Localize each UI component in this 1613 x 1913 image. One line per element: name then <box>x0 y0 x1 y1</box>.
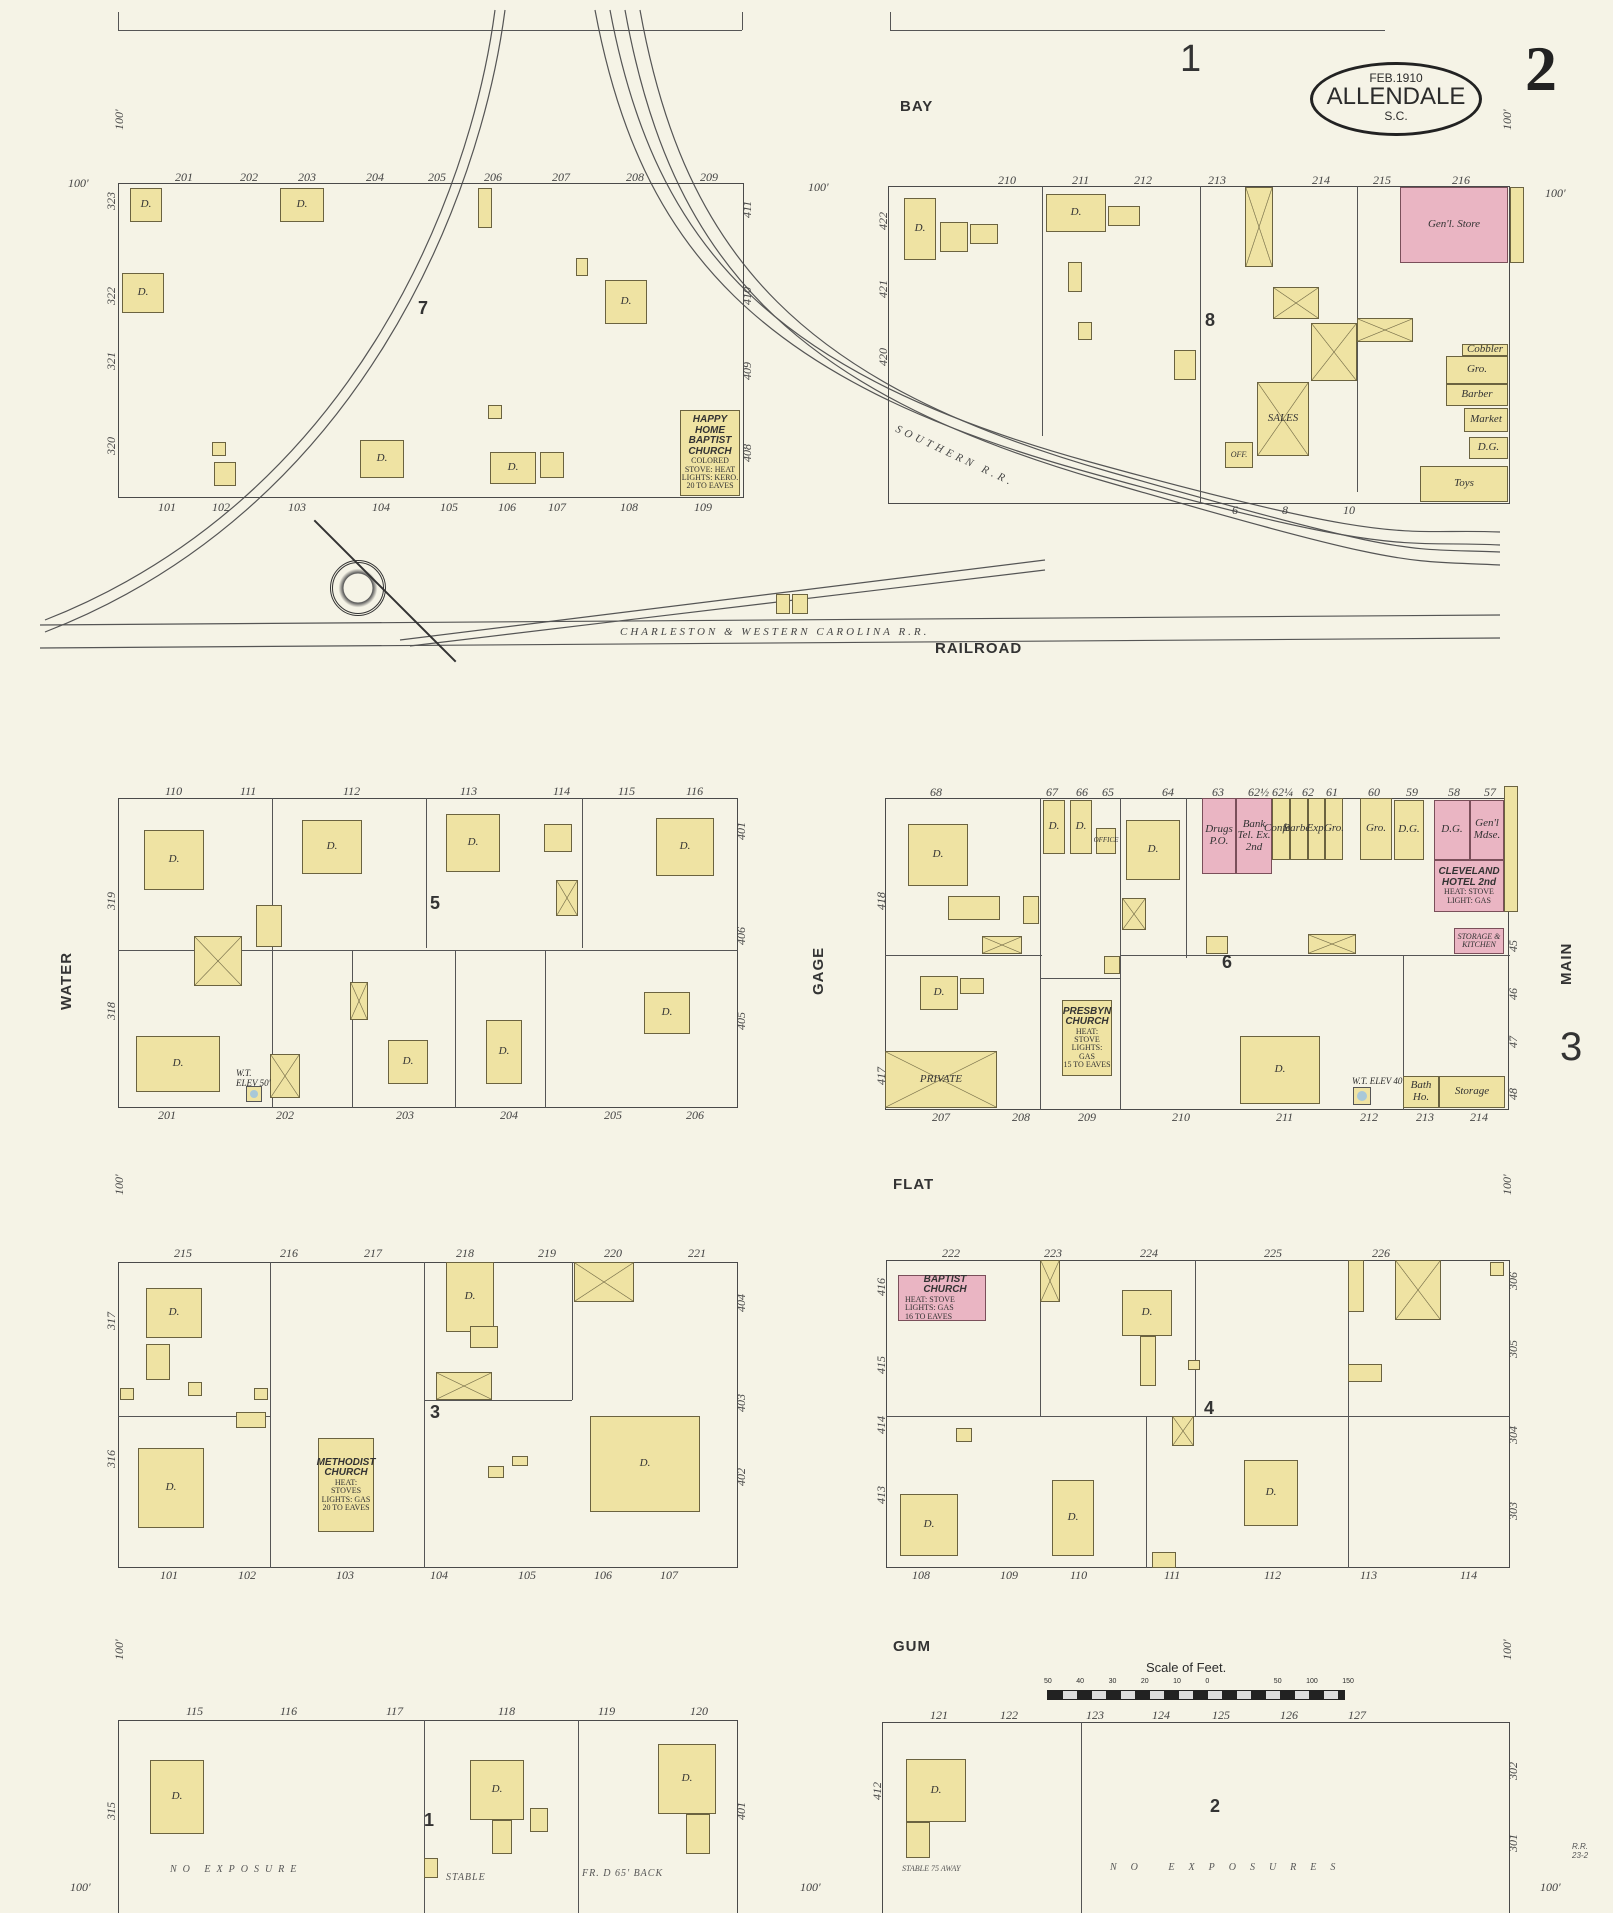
lot-number: 404 <box>734 1294 749 1312</box>
lot-number: 119 <box>598 1704 615 1719</box>
dwelling: D. <box>590 1416 700 1512</box>
grocery-store-60: Gro. <box>1360 798 1392 860</box>
dwelling: D. <box>446 814 500 872</box>
unused-structure <box>574 1262 634 1302</box>
block-number: 1 <box>424 1810 434 1831</box>
dwelling: D. <box>1122 1290 1172 1336</box>
lot-number: 321 <box>104 352 119 370</box>
storage-building: Storage <box>1439 1076 1505 1108</box>
lot-line <box>1195 1260 1196 1416</box>
lot-number: 216 <box>1452 173 1470 188</box>
lot-number: 204 <box>500 1108 518 1123</box>
dwelling: D. <box>122 273 164 313</box>
lot-line <box>1120 798 1121 1110</box>
outbuilding <box>236 1412 266 1428</box>
lot-line <box>578 1720 579 1913</box>
lot-number: 202 <box>240 170 258 185</box>
outbuilding <box>970 224 998 244</box>
lot-line <box>572 1262 573 1400</box>
lot-number: 225 <box>1264 1246 1282 1261</box>
block-number: 6 <box>1222 952 1232 973</box>
dwelling: D. <box>138 1448 204 1528</box>
lot-number: 208 <box>626 170 644 185</box>
lot-line <box>1040 798 1041 1110</box>
lot-number: 207 <box>932 1110 950 1125</box>
lot-number: 109 <box>1000 1568 1018 1583</box>
lot-number: 108 <box>620 500 638 515</box>
lot-number: 226 <box>1372 1246 1390 1261</box>
lot-number: 418 <box>874 892 889 910</box>
express-office: Exp. <box>1308 798 1325 860</box>
lot-number: 106 <box>498 500 516 515</box>
outbuilding <box>1174 350 1196 380</box>
unused-structure <box>436 1372 492 1400</box>
dwelling: D. <box>486 1020 522 1084</box>
lot-number: 412 <box>870 1782 885 1800</box>
barber-shop: Barber <box>1290 798 1308 860</box>
outbuilding <box>488 1466 504 1478</box>
lot-number: 217 <box>364 1246 382 1261</box>
presbyterian-church: PRESBYN CHURCH HEAT: STOVE LIGHTS: GAS 1… <box>1062 1000 1112 1076</box>
lot-number: 125 <box>1212 1708 1230 1723</box>
bank-telephone-exchange: Bank Tel. Ex. 2nd <box>1236 798 1272 874</box>
outbuilding <box>492 1820 512 1854</box>
lot-number: 221 <box>688 1246 706 1261</box>
cobbler-shop: Cobbler <box>1462 344 1508 356</box>
lot-number: 103 <box>288 500 306 515</box>
lot-number: 202 <box>276 1108 294 1123</box>
surveyor-initials: R.R. 23-2 <box>1572 1842 1596 1860</box>
dry-goods-59: D.G. <box>1394 800 1424 860</box>
lot-number: 209 <box>700 170 718 185</box>
lot-number: 201 <box>158 1108 176 1123</box>
lot-number: 319 <box>104 892 119 910</box>
dwelling: D. <box>908 824 968 886</box>
lot-number: 48 <box>1506 1088 1521 1100</box>
lot-number: 401 <box>734 1802 749 1820</box>
lot-number: 117 <box>386 1704 403 1719</box>
lot-line <box>1081 1722 1082 1913</box>
lot-number: 305 <box>1506 1340 1521 1358</box>
lot-number: 116 <box>280 1704 297 1719</box>
outbuilding <box>686 1814 710 1854</box>
lot-number: 206 <box>484 170 502 185</box>
outbuilding <box>1023 896 1039 924</box>
lot-number: 101 <box>158 500 176 515</box>
lot-number: 410 <box>740 287 755 305</box>
scale-bar <box>1047 1690 1345 1700</box>
lot-number: 203 <box>396 1108 414 1123</box>
lot-number: 218 <box>456 1246 474 1261</box>
unused-structure <box>1040 1260 1060 1302</box>
dwelling: D. <box>904 198 936 260</box>
lot-number: 207 <box>552 170 570 185</box>
lot-number: 113 <box>460 784 477 799</box>
unused-structure <box>1172 1416 1194 1446</box>
lot-number: 413 <box>874 1486 889 1504</box>
stable <box>424 1858 438 1878</box>
outbuilding <box>1078 322 1092 340</box>
lot-number: 68 <box>930 785 942 800</box>
unused-structure <box>1395 1260 1441 1320</box>
outbuilding <box>1188 1360 1200 1370</box>
lot-number: 110 <box>165 784 182 799</box>
lot-number: 323 <box>104 192 119 210</box>
unused-structure <box>1273 287 1319 319</box>
outbuilding <box>470 1326 498 1348</box>
block-3 <box>118 1262 738 1568</box>
lot-number: 320 <box>104 437 119 455</box>
dwelling: D. <box>280 188 324 222</box>
lot-number: 106 <box>594 1568 612 1583</box>
outbuilding <box>960 978 984 994</box>
lot-number: 303 <box>1506 1502 1521 1520</box>
lot-number: 113 <box>1360 1568 1377 1583</box>
lot-number: 212 <box>1134 173 1152 188</box>
lot-number: 115 <box>618 784 635 799</box>
dwelling: D. <box>360 440 404 478</box>
lot-number: 315 <box>104 1802 119 1820</box>
lot-number: 109 <box>694 500 712 515</box>
store-37-38 <box>1510 187 1524 263</box>
lot-number: 214 <box>1470 1110 1488 1125</box>
lot-number: 58 <box>1448 785 1460 800</box>
unused-structure <box>1245 187 1273 267</box>
unused-structure <box>1357 318 1413 342</box>
outbuilding <box>212 442 226 456</box>
dwelling: D. <box>1052 1480 1094 1556</box>
lot-number: 126 <box>1280 1708 1298 1723</box>
outbuilding <box>254 1388 268 1400</box>
lot-number: 107 <box>660 1568 678 1583</box>
lot-number: 112 <box>1264 1568 1281 1583</box>
unused-structure <box>1308 934 1356 954</box>
barber-shop: Barber <box>1446 384 1508 406</box>
methodist-church: METHODIST CHURCH HEAT: STOVES LIGHTS: GA… <box>318 1438 374 1532</box>
dwelling: D. <box>1046 194 1106 232</box>
lot-number: 219 <box>538 1246 556 1261</box>
lot-number: 215 <box>174 1246 192 1261</box>
lot-number: 421 <box>876 280 891 298</box>
block-number: 8 <box>1205 310 1215 331</box>
lot-number: 402 <box>734 1468 749 1486</box>
lot-line <box>1186 798 1187 958</box>
lot-number: 124 <box>1152 1708 1170 1723</box>
sales-building: SALES <box>1257 382 1309 456</box>
lot-number: 405 <box>734 1012 749 1030</box>
lot-line <box>424 1262 425 1568</box>
dwelling: D. <box>1126 820 1180 880</box>
lot-number: 108 <box>912 1568 930 1583</box>
lot-line <box>885 955 1042 956</box>
lot-number: 127 <box>1348 1708 1366 1723</box>
lot-number: 102 <box>212 500 230 515</box>
lot-number: 322 <box>104 287 119 305</box>
lot-line <box>455 950 456 1108</box>
storage-kitchen: STORAGE & KITCHEN <box>1454 928 1504 954</box>
dwelling: D. <box>130 188 162 222</box>
lot-number: 47 <box>1506 1036 1521 1048</box>
lot-number: 222 <box>942 1246 960 1261</box>
lot-number: 208 <box>1012 1110 1030 1125</box>
dwelling: D. <box>900 1494 958 1556</box>
lot-number: 408 <box>740 444 755 462</box>
frame-dwelling-back-note: FR. D 65' BACK <box>582 1868 663 1879</box>
lot-number: 65 <box>1102 785 1114 800</box>
unused-structure <box>556 880 578 916</box>
dwelling: D. <box>605 280 647 324</box>
lot-number: 122 <box>1000 1708 1018 1723</box>
railroad-label-charleston: CHARLESTON & WESTERN CAROLINA R.R. <box>620 626 929 638</box>
outbuilding <box>940 222 968 252</box>
dwelling: D. <box>446 1262 494 1332</box>
lot-number: 420 <box>876 348 891 366</box>
lot-line <box>352 950 353 1108</box>
dwelling: D. <box>136 1036 220 1092</box>
dwelling: D. <box>388 1040 428 1084</box>
lot-number: 212 <box>1360 1110 1378 1125</box>
general-store: Gen'l. Store <box>1400 187 1508 263</box>
lot-number: 316 <box>104 1450 119 1468</box>
water-tower-icon <box>1353 1087 1371 1105</box>
lot-number: 114 <box>553 784 570 799</box>
dry-goods-58: D.G. <box>1434 800 1470 860</box>
lot-number: 302 <box>1506 1762 1521 1780</box>
outbuilding <box>488 405 502 419</box>
outbuilding <box>1490 1262 1504 1276</box>
lot-number: 67 <box>1046 785 1058 800</box>
hotel-annex <box>1504 786 1518 912</box>
lot-number: 105 <box>440 500 458 515</box>
lot-number: 121 <box>930 1708 948 1723</box>
lot-number: 102 <box>238 1568 256 1583</box>
lot-number: 318 <box>104 1002 119 1020</box>
grocery-store: Gro. <box>1325 798 1343 860</box>
outbuilding <box>188 1382 202 1396</box>
no-exposure-note: NO EXPOSURE <box>170 1864 302 1875</box>
lot-number: 214 <box>1312 173 1330 188</box>
lot-line <box>1200 186 1201 504</box>
outbuilding <box>576 258 588 276</box>
lot-number: 205 <box>604 1108 622 1123</box>
lot-number: 403 <box>734 1394 749 1412</box>
dwelling: D. <box>920 976 958 1010</box>
lot-number: 409 <box>740 362 755 380</box>
outbuilding <box>1140 1336 1156 1386</box>
lot-number: 401 <box>734 822 749 840</box>
stable-note: STABLE <box>446 1872 486 1883</box>
lot-number: 64 <box>1162 785 1174 800</box>
baptist-church: BAPTIST CHURCH HEAT: STOVE LIGHTS: GAS 1… <box>898 1275 986 1321</box>
lot-number: 304 <box>1506 1426 1521 1444</box>
dwelling: D. <box>470 1760 524 1820</box>
dry-goods: D.G. <box>1469 437 1508 459</box>
lot-number: 213 <box>1416 1110 1434 1125</box>
lot-number: 111 <box>240 784 256 799</box>
unused-structure <box>1311 323 1357 381</box>
lot-number: 105 <box>518 1568 536 1583</box>
toy-store: Toys <box>1420 466 1508 502</box>
dwelling: D. <box>658 1744 716 1814</box>
lot-number: 209 <box>1078 1110 1096 1125</box>
lot-number: 205 <box>428 170 446 185</box>
lot-number: 422 <box>876 212 891 230</box>
dwelling: D. <box>490 452 536 484</box>
lot-number: 112 <box>343 784 360 799</box>
outbuilding <box>1108 206 1140 226</box>
outbuilding <box>1348 1260 1364 1312</box>
lot-number: 46 <box>1506 988 1521 1000</box>
dwelling: D. <box>1244 1460 1298 1526</box>
outbuilding <box>540 452 564 478</box>
unused-structure <box>982 936 1022 954</box>
lot-number: 416 <box>874 1278 889 1296</box>
dwelling: D. <box>150 1760 204 1834</box>
outbuilding <box>256 905 282 947</box>
lot-number: 66 <box>1076 785 1088 800</box>
lot-number: 220 <box>604 1246 622 1261</box>
lot-number: 223 <box>1044 1246 1062 1261</box>
dwelling: D. <box>644 992 690 1034</box>
lot-number: 206 <box>686 1108 704 1123</box>
bath-house: Bath Ho. <box>1403 1076 1439 1108</box>
grocery-store: Gro. <box>1446 356 1508 384</box>
lot-number: 45 <box>1506 940 1521 952</box>
outbuilding <box>948 896 1000 920</box>
lot-number: 204 <box>366 170 384 185</box>
block-number: 5 <box>430 893 440 914</box>
lot-line <box>1146 1416 1147 1568</box>
no-exposures-note: NO EXPOSURES <box>1110 1862 1349 1873</box>
outbuilding <box>1152 1552 1176 1568</box>
lot-number: 103 <box>336 1568 354 1583</box>
lot-number: 114 <box>1460 1568 1477 1583</box>
lot-line <box>582 798 583 948</box>
cleveland-hotel: CLEVELAND HOTEL 2nd HEAT: STOVE LIGHT: G… <box>1434 860 1504 912</box>
outbuilding <box>512 1456 528 1466</box>
outbuilding <box>1206 936 1228 954</box>
dwelling: D. <box>1070 800 1092 854</box>
lot-number: 203 <box>298 170 316 185</box>
office: OFF. <box>1225 442 1253 468</box>
block-number: 4 <box>1204 1398 1214 1419</box>
lot-number: 213 <box>1208 173 1226 188</box>
market: Market <box>1464 408 1508 432</box>
scale-title: Scale of Feet. <box>1146 1660 1226 1675</box>
lot-number: 306 <box>1506 1272 1521 1290</box>
office <box>544 824 572 852</box>
lot-number: 201 <box>175 170 193 185</box>
dwelling: D. <box>1043 800 1065 854</box>
lot-number: 6 <box>1232 503 1238 518</box>
lot-number: 57 <box>1484 785 1496 800</box>
lot-number: 211 <box>1072 173 1089 188</box>
lot-number: 216 <box>280 1246 298 1261</box>
lot-number: 317 <box>104 1312 119 1330</box>
unused-structure <box>1122 898 1146 930</box>
lot-number: 123 <box>1086 1708 1104 1723</box>
water-tower-label: W.T.ELEV 50' <box>236 1068 271 1088</box>
lot-number: 210 <box>998 173 1016 188</box>
private-structure: PRIVATE <box>885 1051 997 1108</box>
dwelling: D. <box>302 820 362 874</box>
lot-line <box>886 1416 1348 1417</box>
outbuilding <box>1104 956 1120 974</box>
office: OFFICE <box>1096 828 1116 854</box>
compass-rose-icon <box>330 560 386 616</box>
lot-number: 411 <box>740 201 755 218</box>
lot-number: 107 <box>548 500 566 515</box>
lot-line <box>426 798 427 948</box>
lot-number: 301 <box>1506 1834 1521 1852</box>
outbuilding <box>1068 262 1082 292</box>
lot-number: 116 <box>686 784 703 799</box>
outbuilding <box>214 462 236 486</box>
lot-line <box>545 950 546 1108</box>
lot-line <box>424 1400 572 1401</box>
lot-number: 211 <box>1276 1110 1293 1125</box>
lot-line <box>1120 955 1510 956</box>
unused-structure <box>350 982 368 1020</box>
outbuilding <box>776 594 790 614</box>
water-tower-label: W.T. ELEV 40' <box>1352 1076 1404 1086</box>
block-number: 7 <box>418 298 428 319</box>
lot-number: 101 <box>160 1568 178 1583</box>
lot-line <box>1040 978 1120 979</box>
outbuilding <box>530 1808 548 1832</box>
block-number: 2 <box>1210 1796 1220 1817</box>
lot-number: 414 <box>874 1416 889 1434</box>
dwelling: D. <box>1240 1036 1320 1104</box>
outbuilding <box>1348 1364 1382 1382</box>
dwelling: D. <box>146 1288 202 1338</box>
lot-line <box>270 1262 271 1568</box>
general-merchandise: Gen'l Mdse. <box>1470 800 1504 860</box>
lot-number: 8 <box>1282 503 1288 518</box>
lot-number: 224 <box>1140 1246 1158 1261</box>
lot-number: 406 <box>734 927 749 945</box>
dwelling: D. <box>144 830 204 890</box>
lot-number: 120 <box>690 1704 708 1719</box>
lot-number: 415 <box>874 1356 889 1374</box>
lot-number: 215 <box>1373 173 1391 188</box>
lot-line <box>1042 186 1043 436</box>
lot-number: 104 <box>372 500 390 515</box>
lot-number: 104 <box>430 1568 448 1583</box>
unused-structure <box>270 1054 300 1098</box>
block-2 <box>882 1722 1510 1913</box>
outbuilding <box>120 1388 134 1400</box>
lot-number: 115 <box>186 1704 203 1719</box>
lot-number: 111 <box>1164 1568 1180 1583</box>
lot-line <box>1348 1416 1510 1417</box>
drugs-post-office: Drugs P.O. <box>1202 798 1236 874</box>
outbuilding <box>906 1822 930 1858</box>
outbuilding <box>792 594 808 614</box>
lot-number: 210 <box>1172 1110 1190 1125</box>
scale-ticks: 50 40 30 20 10 0 50 100 150 <box>1044 1678 1354 1685</box>
lot-number: 59 <box>1406 785 1418 800</box>
outbuilding <box>956 1428 972 1442</box>
block-number: 3 <box>430 1402 440 1423</box>
happy-home-baptist-church: HAPPY HOME BAPTIST CHURCH COLORED STOVE:… <box>680 410 740 496</box>
water-tower-icon <box>246 1086 262 1102</box>
dwelling: D. <box>906 1759 966 1822</box>
unused-structure <box>194 936 242 986</box>
outbuilding <box>478 188 492 228</box>
lot-number: 10 <box>1343 503 1355 518</box>
lot-number: 118 <box>498 1704 515 1719</box>
